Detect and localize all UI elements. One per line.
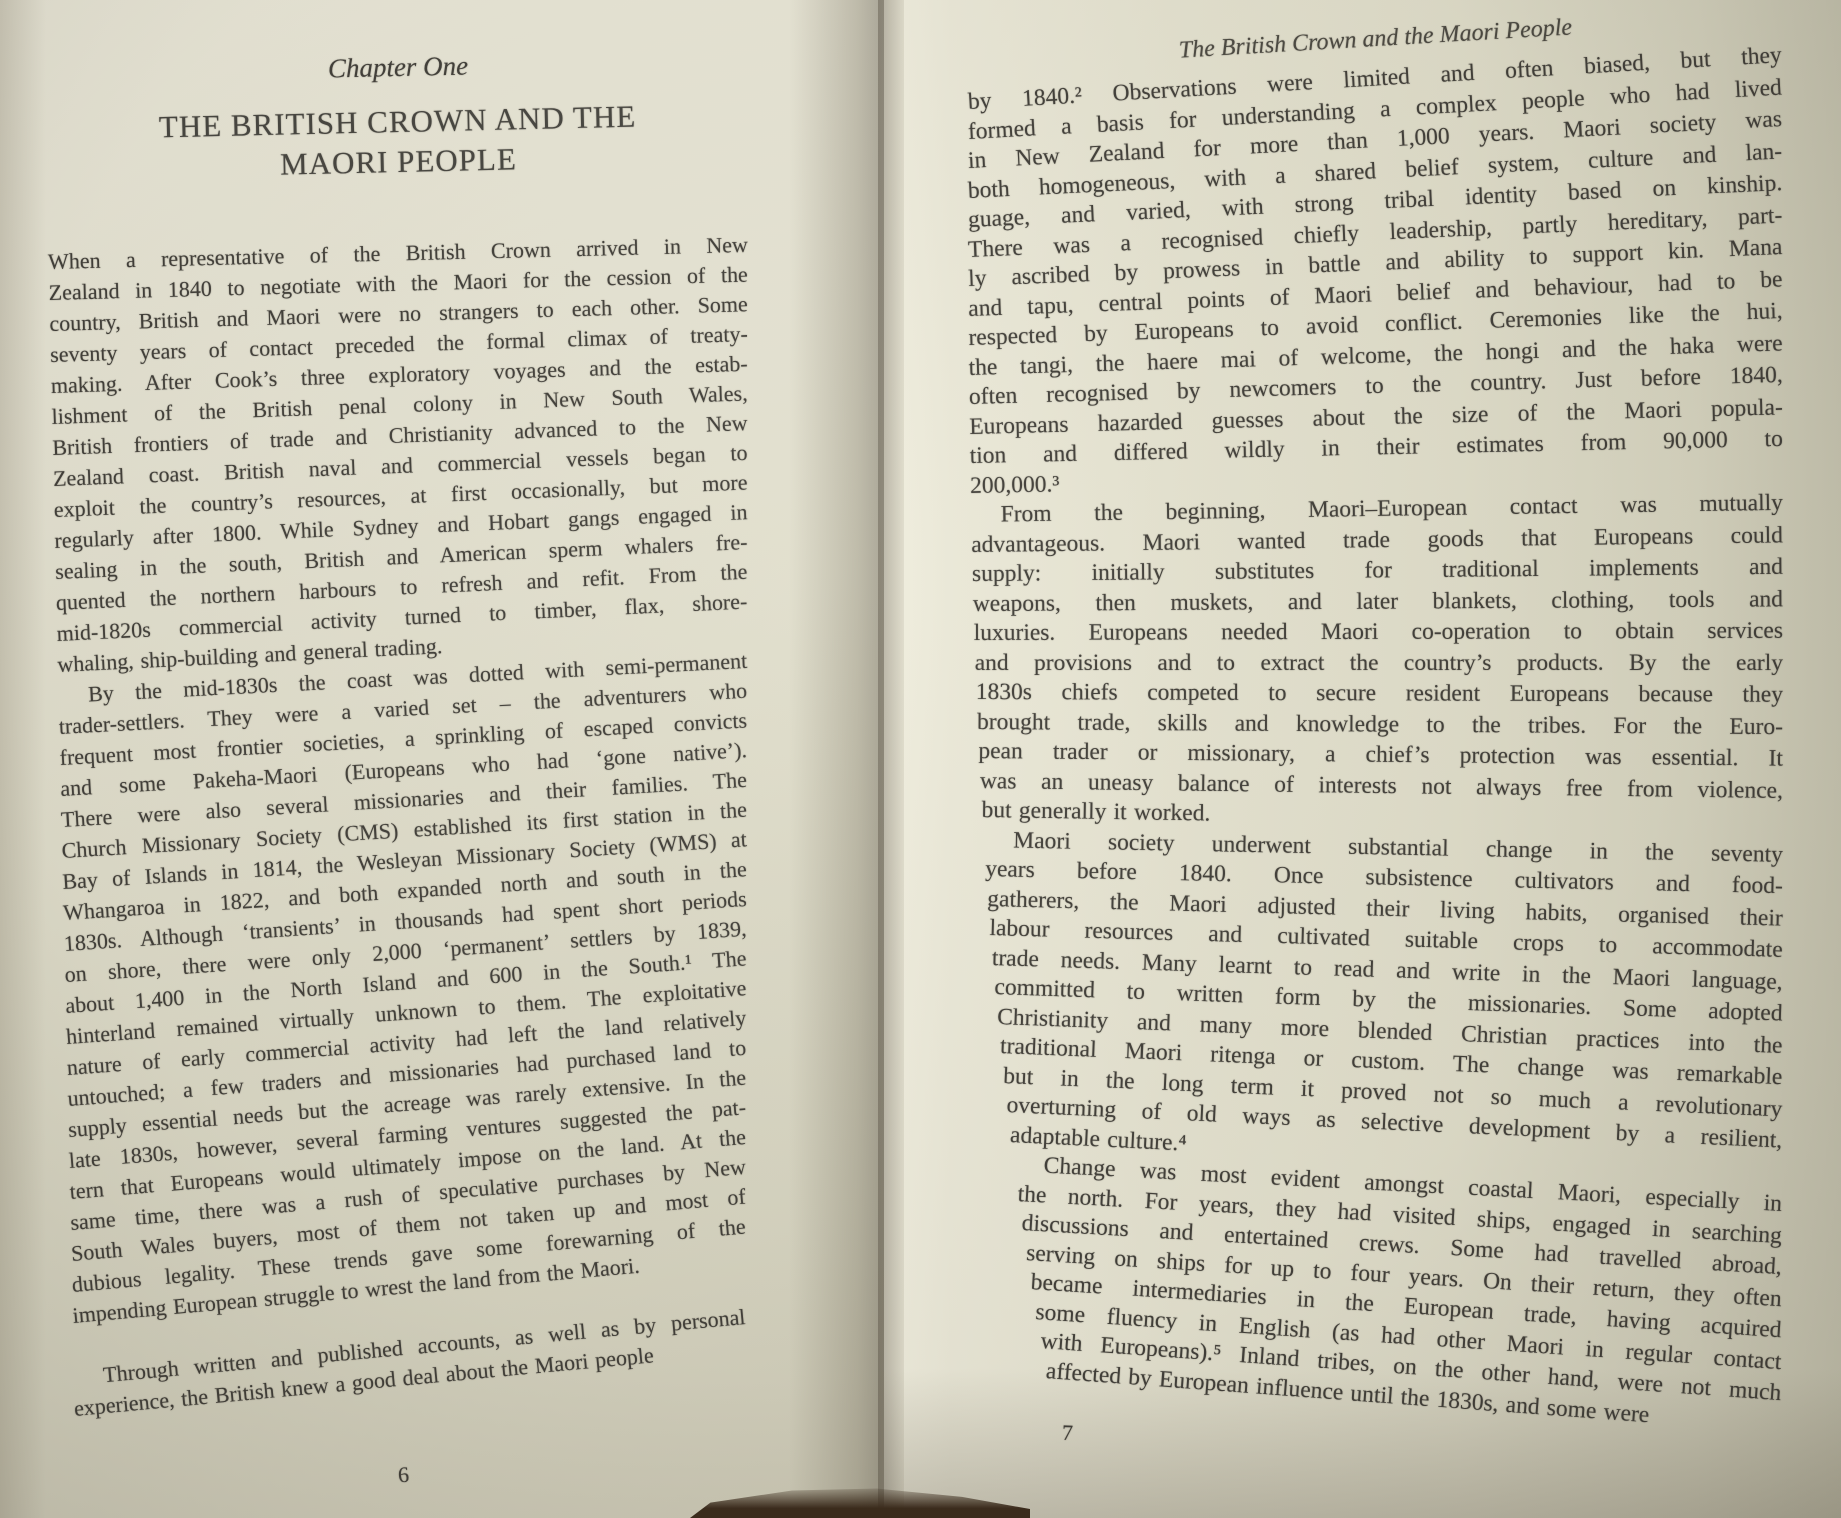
page-gutter-crease	[878, 0, 904, 1518]
right-page-text: by 1840.² Observations were limited and …	[968, 88, 1783, 1386]
page-number-right: 7	[1062, 1420, 1074, 1446]
page-number-left: 6	[397, 1462, 410, 1489]
chapter-title: THE BRITISH CROWN AND THE MAORI PEOPLE	[47, 94, 749, 190]
paragraph: by 1840.² Observations were limited and …	[968, 88, 1783, 501]
text-line: weapons, then muskets, and later blanket…	[973, 585, 1783, 619]
paragraph: Change was most evident amongst coastal …	[968, 1150, 1783, 1386]
book-left-page: Chapter One THE BRITISH CROWN AND THE MA…	[0, 0, 884, 1518]
text-line: supply: initially substitutes for tradit…	[972, 553, 1783, 590]
paragraph: When a representative of the British Cro…	[48, 246, 748, 680]
text-line: 1830s chiefs competed to secure resident…	[976, 678, 1783, 710]
text-line: brought trade, skills and knowledge to t…	[977, 708, 1783, 743]
left-page-text: When a representative of the British Cro…	[48, 246, 748, 1424]
paragraph: Maori society underwent substantial chan…	[968, 826, 1783, 1151]
paragraph: Through written and published accounts, …	[48, 1362, 748, 1424]
paragraph: By the mid-1830s the coast was dotted wi…	[48, 680, 748, 1331]
paragraph: From the beginning, Maori–European conta…	[968, 501, 1783, 826]
text-line: luxuries. Europeans needed Maori co-oper…	[974, 617, 1783, 649]
text-line: and provisions and to extract the countr…	[975, 649, 1783, 679]
open-book-photo: Chapter One THE BRITISH CROWN AND THE MA…	[0, 0, 1841, 1518]
chapter-label: Chapter One	[48, 45, 748, 91]
